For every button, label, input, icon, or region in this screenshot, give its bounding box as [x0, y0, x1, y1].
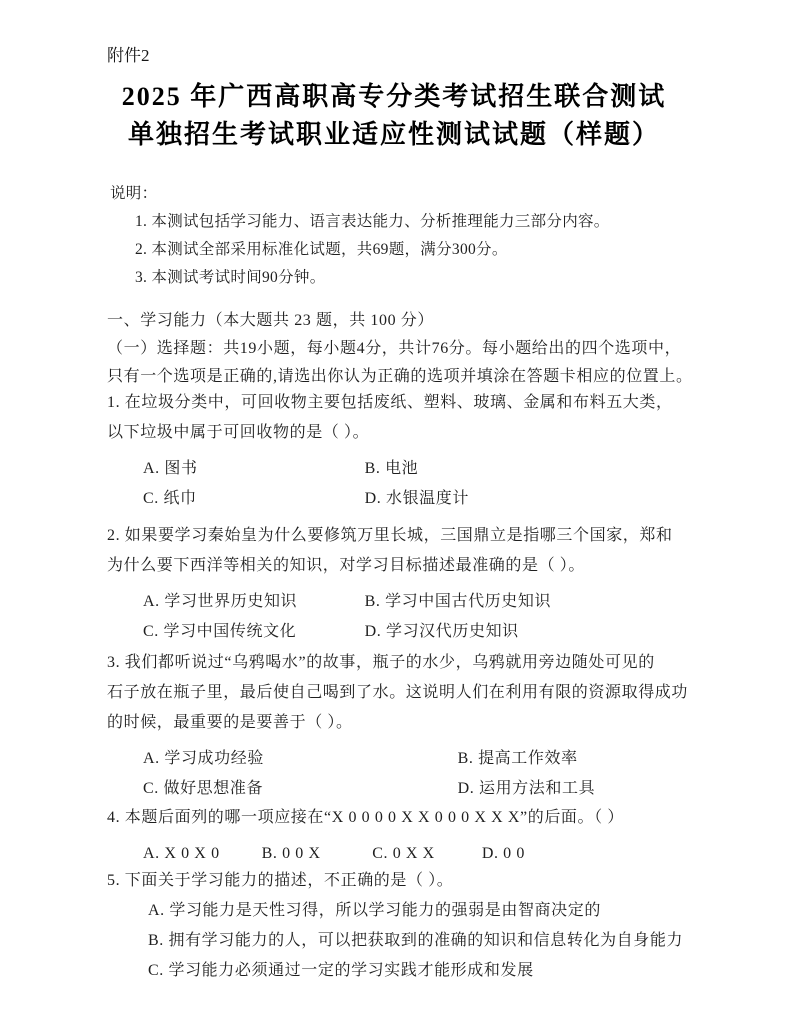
question-1-stem-line-1: 1. 在垃圾分类中，可回收物主要包括废纸、塑料、玻璃、金属和布料五大类，	[107, 388, 707, 418]
question-2-stem-line-2: 为什么要下西洋等相关的知识，对学习目标描述最准确的是（ ）。	[107, 551, 707, 581]
question-5-option-b: B. 拥有学习能力的人，可以把获取到的准确的知识和信息转化为自身能力	[107, 926, 707, 956]
question-3-option-c: C. 做好思想准备	[143, 774, 453, 804]
question-5-stem-line-1: 5. 下面关于学习能力的描述，不正确的是（ ）。	[107, 866, 707, 896]
question-4: 4. 本题后面列的哪一项应接在“X 0 0 0 0 X X 0 0 0 X X …	[107, 803, 707, 869]
instruction-item-3: 3. 本测试考试时间90分钟。	[110, 264, 710, 292]
question-4-option-d: D. 0 0	[482, 839, 525, 869]
question-5-option-a: A. 学习能力是天性习得，所以学习能力的强弱是由智商决定的	[107, 896, 707, 926]
question-1: 1. 在垃圾分类中，可回收物主要包括废纸、塑料、玻璃、金属和布料五大类， 以下垃…	[107, 388, 707, 514]
section-intro-line-1: （一）选择题：共19小题，每小题4分，共计76分。每小题给出的四个选项中，	[107, 335, 707, 363]
question-2-options-row-2: C. 学习中国传统文化 D. 学习汉代历史知识	[107, 617, 707, 647]
document-title-line-2: 单独招生考试职业适应性测试试题（样题）	[0, 116, 788, 154]
question-3-option-b: B. 提高工作效率	[458, 744, 578, 774]
question-4-options-row: A. X 0 X 0 B. 0 0 X C. 0 X X D. 0 0	[107, 839, 707, 869]
document-title: 2025 年广西高职高专分类考试招生联合测试 单独招生考试职业适应性测试试题（样…	[0, 78, 788, 154]
question-1-option-c: C. 纸巾	[143, 484, 360, 514]
question-1-stem-line-2: 以下垃圾中属于可回收物的是（ ）。	[107, 418, 707, 448]
instructions-heading: 说明：	[110, 180, 710, 208]
section-heading: 一、学习能力（本大题共 23 题，共 100 分）	[107, 307, 707, 335]
question-1-option-b: B. 电池	[365, 454, 419, 484]
question-3-stem-line-2: 石子放在瓶子里，最后使自己喝到了水。这说明人们在利用有限的资源取得成功	[107, 678, 707, 708]
question-3-stem-line-3: 的时候，最重要的是要善于（ ）。	[107, 708, 707, 738]
instruction-item-1: 1. 本测试包括学习能力、语言表达能力、分析推理能力三部分内容。	[110, 208, 710, 236]
question-2-options-row-1: A. 学习世界历史知识 B. 学习中国古代历史知识	[107, 587, 707, 617]
question-3: 3. 我们都听说过“乌鸦喝水”的故事，瓶子的水少，乌鸦就用旁边随处可见的 石子放…	[107, 648, 707, 804]
question-2-stem-line-1: 2. 如果要学习秦始皇为什么要修筑万里长城，三国鼎立是指哪三个国家，郑和	[107, 521, 707, 551]
section-header: 一、学习能力（本大题共 23 题，共 100 分） （一）选择题：共19小题，每…	[107, 307, 707, 391]
question-4-stem-line-1: 4. 本题后面列的哪一项应接在“X 0 0 0 0 X X 0 0 0 X X …	[107, 803, 707, 833]
exam-document-page: { "colors": { "background": "#ffffff", "…	[0, 0, 788, 1030]
instruction-item-2: 2. 本测试全部采用标准化试题，共69题，满分300分。	[110, 236, 710, 264]
question-1-options-row-2: C. 纸巾 D. 水银温度计	[107, 484, 707, 514]
question-3-options-row-1: A. 学习成功经验 B. 提高工作效率	[107, 744, 707, 774]
question-3-options-row-2: C. 做好思想准备 D. 运用方法和工具	[107, 774, 707, 804]
question-1-option-d: D. 水银温度计	[365, 484, 469, 514]
instructions-block: 说明： 1. 本测试包括学习能力、语言表达能力、分析推理能力三部分内容。 2. …	[110, 180, 710, 292]
question-2-option-a: A. 学习世界历史知识	[143, 587, 360, 617]
question-3-option-a: A. 学习成功经验	[143, 744, 453, 774]
question-2: 2. 如果要学习秦始皇为什么要修筑万里长城，三国鼎立是指哪三个国家，郑和 为什么…	[107, 521, 707, 647]
section-intro-line-2: 只有一个选项是正确的,请选出你认为正确的选项并填涂在答题卡相应的位置上。	[107, 363, 707, 391]
question-5-option-c: C. 学习能力必须通过一定的学习实践才能形成和发展	[107, 956, 707, 986]
question-4-option-c: C. 0 X X	[372, 839, 477, 869]
question-1-options-row-1: A. 图书 B. 电池	[107, 454, 707, 484]
question-2-option-b: B. 学习中国古代历史知识	[365, 587, 551, 617]
question-2-option-d: D. 学习汉代历史知识	[365, 617, 519, 647]
attachment-label: 附件2	[107, 44, 150, 68]
question-4-option-b: B. 0 0 X	[262, 839, 368, 869]
question-1-option-a: A. 图书	[143, 454, 360, 484]
document-title-line-1: 2025 年广西高职高专分类考试招生联合测试	[0, 78, 788, 116]
question-5: 5. 下面关于学习能力的描述，不正确的是（ ）。 A. 学习能力是天性习得，所以…	[107, 866, 707, 986]
question-2-option-c: C. 学习中国传统文化	[143, 617, 360, 647]
question-4-option-a: A. X 0 X 0	[143, 839, 257, 869]
question-3-stem-line-1: 3. 我们都听说过“乌鸦喝水”的故事，瓶子的水少，乌鸦就用旁边随处可见的	[107, 648, 707, 678]
question-3-option-d: D. 运用方法和工具	[458, 774, 596, 804]
